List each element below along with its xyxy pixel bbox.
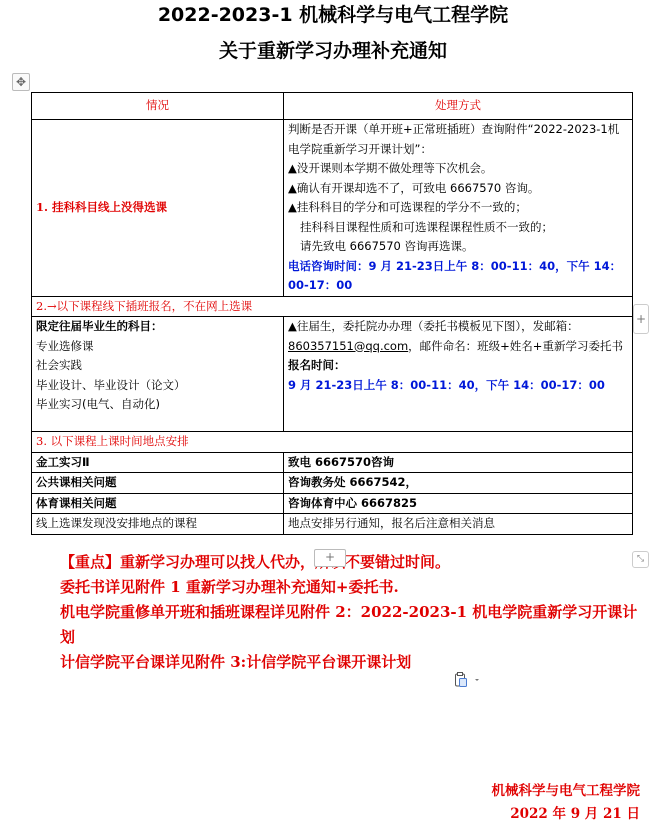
- course-name: 公共课相关问题: [32, 473, 284, 494]
- subject-item: 毕业设计、毕业设计（论文）: [36, 376, 279, 396]
- course-info: 咨询教务处 6667542，: [284, 473, 633, 494]
- table-move-handle-icon[interactable]: ✥: [12, 73, 30, 91]
- subject-item: 毕业实习(电气、自动化): [36, 395, 279, 415]
- signature-date: 2022 年 9 月 21 日: [510, 803, 640, 825]
- email-naming-rule: ，邮件命名：班级+姓名+重新学习委托书: [408, 339, 623, 353]
- chevron-down-icon: [475, 679, 479, 681]
- add-column-button[interactable]: +: [633, 304, 649, 334]
- graduate-subjects-cell: 限定往届毕业生的科目： 专业选修课 社会实践 毕业设计、毕业设计（论文） 毕业实…: [32, 317, 284, 432]
- table-row: 限定往届毕业生的科目： 专业选修课 社会实践 毕业设计、毕业设计（论文） 毕业实…: [32, 317, 633, 432]
- notes-block: 【重点】重新学习办理可以找人代办，所以不要错过时间。 委托书详见附件 1 重新学…: [28, 550, 648, 675]
- header-handling: 处理方式: [284, 93, 633, 120]
- course-info: 咨询体育中心 6667825: [284, 493, 633, 514]
- handling-line: 请先致电 6667570 咨询再选课。: [288, 237, 628, 257]
- handling-line: 挂科科目课程性质和可选课程课程性质不一致的；: [288, 218, 628, 238]
- course-name: 体育课相关问题: [32, 493, 284, 514]
- course-info: 地点安排另行通知，报名后注意相关消息: [284, 514, 633, 535]
- paste-options-button[interactable]: [454, 672, 482, 688]
- situation-online-no-course: 1. 挂科科目线上没得选课: [32, 120, 284, 297]
- notice-table: 情况 处理方式 1. 挂科科目线上没得选课 判断是否开课（单开班+正常班插班）查…: [31, 92, 633, 535]
- subject-item: 社会实践: [36, 356, 279, 376]
- graduate-subjects-heading: 限定往届毕业生的科目：: [36, 317, 279, 337]
- note-attachment-2: 机电学院重修单开班和插班课程详见附件 2：2022-2023-1 机电学院重新学…: [28, 600, 648, 650]
- email-line: 860357151@qq.com，邮件命名：班级+姓名+重新学习委托书: [288, 337, 628, 357]
- subject-item: 专业选修课: [36, 337, 279, 357]
- handling-line: ▲确认有开课却选不了，可致电 6667570 咨询。: [288, 179, 628, 199]
- table-row: 1. 挂科科目线上没得选课 判断是否开课（单开班+正常班插班）查询附件“2022…: [32, 120, 633, 297]
- section2-title: 2.→以下课程线下插班报名，不在网上选课: [32, 296, 633, 317]
- table-row: 公共课相关问题 咨询教务处 6667542，: [32, 473, 633, 494]
- handling-cell: 判断是否开课（单开班+正常班插班）查询附件“2022-2023-1机电学院重新学…: [284, 120, 633, 297]
- offline-signup-text: ▲往届生，委托院办办理（委托书模板见下图），发邮箱：: [288, 317, 628, 337]
- table-header-row: 情况 处理方式: [32, 93, 633, 120]
- document-title-line1: 2022-2023-1 机械科学与电气工程学院: [0, 2, 666, 28]
- section3-title: 3. 以下课程上课时间地点安排: [32, 432, 633, 453]
- offline-signup-cell: ▲往届生，委托院办办理（委托书模板见下图），发邮箱： 860357151@qq.…: [284, 317, 633, 432]
- email-link[interactable]: 860357151@qq.com: [288, 339, 408, 353]
- signup-time: 9 月 21-23日上午 8：00-11：40，下午 14：00-17：00: [288, 376, 628, 396]
- course-name: 线上选课发现没安排地点的课程: [32, 514, 284, 535]
- note-attachment-3: 计信学院平台课详见附件 3:计信学院平台课开课计划: [28, 650, 648, 675]
- note-attachment-1: 委托书详见附件 1 重新学习办理补充通知+委托书.: [28, 575, 648, 600]
- table-row: 体育课相关问题 咨询体育中心 6667825: [32, 493, 633, 514]
- handling-line: ▲没开课则本学期不做处理等下次机会。: [288, 159, 628, 179]
- section-row: 2.→以下课程线下插班报名，不在网上选课: [32, 296, 633, 317]
- section-row: 3. 以下课程上课时间地点安排: [32, 432, 633, 453]
- add-row-button[interactable]: +: [314, 549, 346, 567]
- clipboard-icon: [454, 672, 482, 688]
- signature-org: 机械科学与电气工程学院: [492, 780, 641, 802]
- handling-line: 判断是否开课（单开班+正常班插班）查询附件“2022-2023-1机电学院重新学…: [288, 120, 628, 159]
- course-name: 金工实习Ⅱ: [32, 452, 284, 473]
- table-row: 金工实习Ⅱ 致电 6667570咨询: [32, 452, 633, 473]
- signup-time-label: 报名时间：: [288, 356, 628, 376]
- course-info: 致电 6667570咨询: [284, 452, 633, 473]
- phone-hours: 电话咨询时间：9 月 21-23日上午 8：00-11：40，下午 14：00-…: [288, 257, 628, 296]
- header-situation: 情况: [32, 93, 284, 120]
- table-row: 线上选课发现没安排地点的课程 地点安排另行通知，报名后注意相关消息: [32, 514, 633, 535]
- document-title-line2: 关于重新学习办理补充通知: [0, 38, 666, 64]
- handling-line: ▲挂科科目的学分和可选课程的学分不一致的；: [288, 198, 628, 218]
